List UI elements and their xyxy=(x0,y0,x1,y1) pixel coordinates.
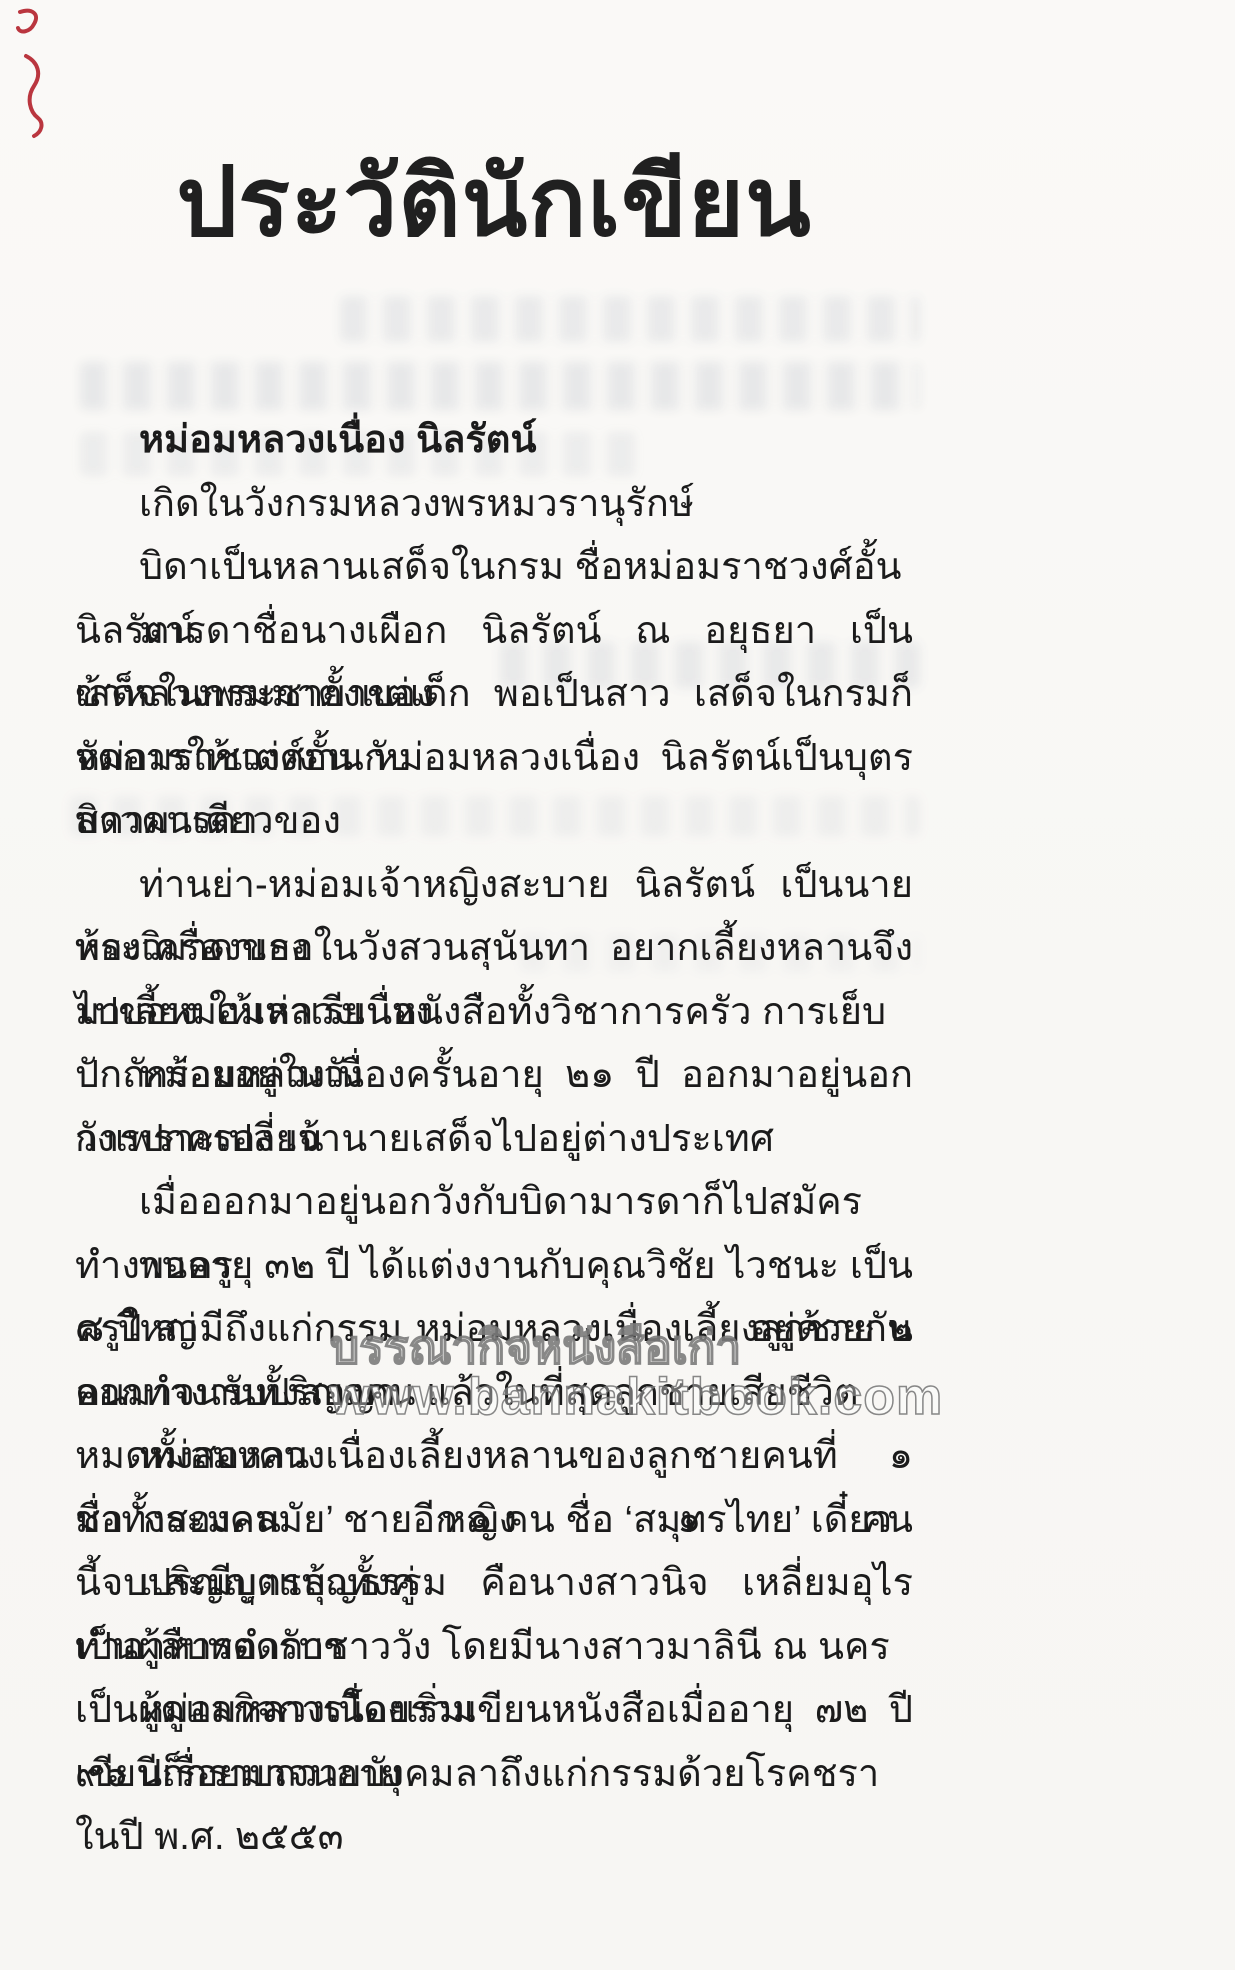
text-line: บิดาเป็นหลานเสด็จในกรม ชื่อหม่อมราชวงศ์อ… xyxy=(75,536,913,600)
text-line: มารดาชื่อนางเผือก นิลรัตน์ ณ อยุธยา เป็น… xyxy=(75,600,913,664)
text-line: ๙๖ ปีก็กราบถวายบังคมลาถึงแก่กรรมด้วยโรคช… xyxy=(75,1743,913,1807)
page-title: ประวัตินักเขียน xyxy=(75,128,913,278)
text-line: การปกครอง เจ้านายเสด็จไปอยู่ต่างประเทศ xyxy=(75,1108,913,1172)
text-line: เกิดในวังกรมหลวงพรหมวรานุรักษ์ xyxy=(75,473,913,537)
red-ink-mark xyxy=(8,4,56,144)
show-through-band xyxy=(340,296,920,342)
text-line: หม่อมหลวงเนื่องครั้นอายุ ๒๑ ปี ออกมาอยู่… xyxy=(75,1044,913,1108)
text-line: หม่อมหลวงเนื่องเลี้ยงหลานของลูกชายคนที่ … xyxy=(75,1425,913,1489)
text-line: พออายุ ๓๒ ปี ได้แต่งงานกับคุณวิชัย ไวชนะ… xyxy=(75,1235,913,1299)
text-line: เสด็จในกรมมาตั้งแต่เด็ก พอเป็นสาว เสด็จใ… xyxy=(75,663,913,727)
show-through-band xyxy=(80,362,920,410)
text-line: มาเลี้ยง ให้เล่าเรียนหนังสือทั้งวิชาการค… xyxy=(75,981,913,1045)
text-line: ๘ ปี สามีถึงแก่กรรม หม่อมหลวงเนื่องเลี้ย… xyxy=(75,1298,913,1362)
text-line: ท่านย่า-หม่อมเจ้าหญิงสะบาย นิลรัตน์ เป็น… xyxy=(75,854,913,918)
book-page: ประวัตินักเขียน หม่อมหลวงเนื่อง นิลรัตน์… xyxy=(0,0,1235,1970)
text-line: บิดามารดา xyxy=(75,790,913,854)
text-line: ทำอาหารตำรับชาววัง โดยมีนางสาวมาลินี ณ น… xyxy=(75,1616,913,1680)
text-line: หม่อมหลวงเนื่องเริ่มเขียนหนังสือเมื่ออาย… xyxy=(75,1679,913,1743)
text-line: หม่อมราชวงศ์อั้น หม่อมหลวงเนื่อง นิลรัตน… xyxy=(75,727,913,791)
text-line: และมีบุตรบุญธรรม คือนางสาวนิจ เหลี่ยมอุไ… xyxy=(75,1552,913,1616)
text-line: ออกทำงานทั้งสองคน แล้วในที่สุดลูกชายเสีย… xyxy=(75,1362,913,1426)
text-line: ชื่อ ‘กระมลลมัย’ ชายอีก ๑ คน ชื่อ ‘สมุทร… xyxy=(75,1489,913,1553)
text-line: เมื่อออกมาอยู่นอกวังกับบิดามารดาก็ไปสมัค… xyxy=(75,1171,913,1235)
body-text: หม่อมหลวงเนื่อง นิลรัตน์เกิดในวังกรมหลวง… xyxy=(75,409,913,1806)
text-line: หม่อมหลวงเนื่อง นิลรัตน์ xyxy=(75,409,913,473)
text-line: พระวิมาดาเธอในวังสวนสุนันทา อยากเลี้ยงหล… xyxy=(75,917,913,981)
